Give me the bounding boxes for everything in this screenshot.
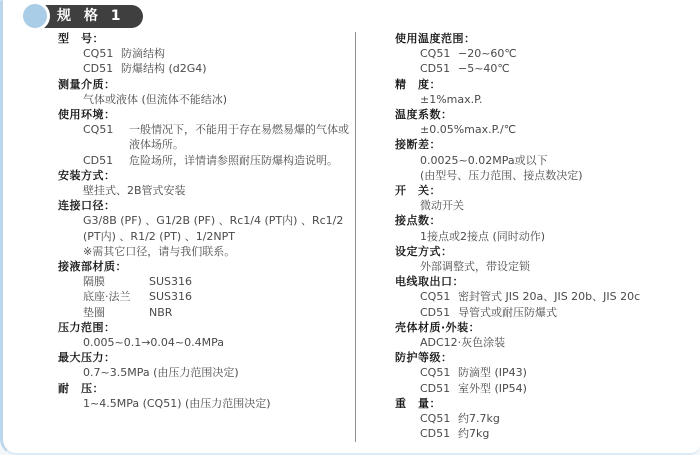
row-value: 危险场所，详情请参照耐压防爆构造说明。 [129, 153, 352, 168]
section-heading: 测量介质： [58, 77, 352, 92]
spec-section: 测量介质：气体或液体 (但流体不能结冰) [58, 77, 352, 107]
row-label: 垫圈 [83, 305, 149, 320]
section-heading: 壳体材质·外装： [395, 320, 689, 335]
section-heading: 电线取出口： [395, 274, 689, 289]
section-heading: 安装方式： [58, 168, 352, 183]
spec-row: CQ51防滴型 (IP43) [395, 365, 689, 380]
section-heading: 最大压力： [58, 350, 352, 365]
spec-section: 最大压力：0.7~3.5MPa (由压力范围决定) [58, 350, 352, 380]
row-value: 约7.7kg [458, 411, 689, 426]
row-value: SUS316 [149, 289, 352, 304]
spec-row: CD51−5~40℃ [395, 61, 689, 76]
spec-section: 连接口径：G3/8B (PF) 、G1/2B (PF) 、Rc1/4 (PT内)… [58, 198, 352, 259]
row-label: 隔膜 [83, 274, 149, 289]
spec-row: 1接点或2接点 (同时动作) [395, 229, 689, 244]
spec-section: 使用环境：CQ51一般情况下，不能用于存在易燃易爆的气体或液体场所。CD51危险… [58, 107, 352, 168]
section-heading: 接断差： [395, 137, 689, 152]
row-value: 防滴结构 [121, 46, 352, 61]
row-label: CQ51 [420, 411, 458, 426]
row-value: 导管式或耐压防爆式 [458, 305, 689, 320]
spec-row: 底座·法兰SUS316 [58, 289, 352, 304]
spec-row: G3/8B (PF) 、G1/2B (PF) 、Rc1/4 (PT内) 、Rc1… [58, 213, 352, 243]
spec-row: 壁挂式、2B管式安装 [58, 183, 352, 198]
row-label: CD51 [420, 381, 458, 396]
section-heading: 压力范围： [58, 320, 352, 335]
row-value: SUS316 [149, 274, 352, 289]
row-label: CQ51 [83, 46, 121, 61]
section-heading: 型 号： [58, 31, 352, 46]
spec-row: 隔膜SUS316 [58, 274, 352, 289]
row-value: −5~40℃ [458, 61, 689, 76]
row-label: 底座·法兰 [83, 289, 149, 304]
spec-row: ±0.05%max.P./℃ [395, 122, 689, 137]
spec-section: 设定方式：外部调整式，带设定锁 [395, 244, 689, 274]
spec-section: 温度系数：±0.05%max.P./℃ [395, 107, 689, 137]
spec-row: CQ51密封管式 JIS 20a、JIS 20b、JIS 20c [395, 289, 689, 304]
section-heading: 重 量： [395, 396, 689, 411]
spec-row: CQ51−20~60℃ [395, 46, 689, 61]
spec-row: 0.005~0.1→0.04~0.4MPa [58, 335, 352, 350]
spec-section: 接点数：1接点或2接点 (同时动作) [395, 213, 689, 243]
spec-row: 0.0025~0.02MPa或以下 [395, 153, 689, 168]
spec-row: 0.7~3.5MPa (由压力范围决定) [58, 365, 352, 380]
section-heading: 防护等级： [395, 350, 689, 365]
row-value: 约7kg [458, 426, 689, 441]
spec-row: (由型号、压力范围、接点数决定) [395, 168, 689, 183]
spec-section: 压力范围：0.005~0.1→0.04~0.4MPa [58, 320, 352, 350]
section-heading: 接液部材质： [58, 259, 352, 274]
spec-row: 气体或液体 (但流体不能结冰) [58, 92, 352, 107]
spec-section: 电线取出口：CQ51密封管式 JIS 20a、JIS 20b、JIS 20cCD… [395, 274, 689, 320]
spec-row: ADC12·灰色涂装 [395, 335, 689, 350]
left-column: 型 号：CQ51防滴结构CD51防爆结构 (d2G4)测量介质：气体或液体 (但… [58, 31, 352, 411]
row-value: 密封管式 JIS 20a、JIS 20b、JIS 20c [458, 289, 689, 304]
spec-row: 外部调整式，带设定锁 [395, 259, 689, 274]
row-value: 防滴型 (IP43) [458, 365, 689, 380]
spec-section: 型 号：CQ51防滴结构CD51防爆结构 (d2G4) [58, 31, 352, 77]
spec-page: 规 格 1 型 号：CQ51防滴结构CD51防爆结构 (d2G4)测量介质：气体… [0, 0, 700, 455]
section-heading: 使用环境： [58, 107, 352, 122]
right-column: 使用温度范围：CQ51−20~60℃CD51−5~40℃精 度：±1%max.P… [395, 31, 689, 441]
spec-section: 接断差：0.0025~0.02MPa或以下(由型号、压力范围、接点数决定) [395, 137, 689, 183]
row-label: CD51 [83, 153, 129, 168]
row-value: NBR [149, 305, 352, 320]
spec-row: 1~4.5MPa (CQ51) (由压力范围决定) [58, 396, 352, 411]
section-heading: 连接口径： [58, 198, 352, 213]
row-value: 室外型 (IP54) [458, 381, 689, 396]
spec-row: CD51危险场所，详情请参照耐压防爆构造说明。 [58, 153, 352, 168]
row-label: CD51 [420, 305, 458, 320]
section-heading: 温度系数： [395, 107, 689, 122]
section-heading: 接点数： [395, 213, 689, 228]
spec-row: ±1%max.P. [395, 92, 689, 107]
row-label: CQ51 [420, 46, 458, 61]
spec-row: CQ51防滴结构 [58, 46, 352, 61]
spec-section: 开 关：微动开关 [395, 183, 689, 213]
spec-row: CD51防爆结构 (d2G4) [58, 61, 352, 76]
section-heading: 使用温度范围： [395, 31, 689, 46]
row-value: −20~60℃ [458, 46, 689, 61]
spec-row: CD51约7kg [395, 426, 689, 441]
spec-section: 安装方式：壁挂式、2B管式安装 [58, 168, 352, 198]
spec-row: CD51室外型 (IP54) [395, 381, 689, 396]
section-heading: 开 关： [395, 183, 689, 198]
spec-section: 使用温度范围：CQ51−20~60℃CD51−5~40℃ [395, 31, 689, 77]
row-label: CQ51 [420, 365, 458, 380]
spec-row: CQ51一般情况下，不能用于存在易燃易爆的气体或液体场所。 [58, 122, 352, 152]
row-label: CD51 [83, 61, 121, 76]
spec-row: CD51导管式或耐压防爆式 [395, 305, 689, 320]
spec-row: 微动开关 [395, 198, 689, 213]
column-divider [355, 32, 356, 442]
spec-row: CQ51约7.7kg [395, 411, 689, 426]
section-heading: 耐 压： [58, 381, 352, 396]
spec-row: 垫圈NBR [58, 305, 352, 320]
header-dot-icon [20, 1, 50, 31]
section-heading: 设定方式： [395, 244, 689, 259]
row-value: 防爆结构 (d2G4) [121, 61, 352, 76]
page-header: 规 格 1 [20, 2, 143, 30]
spec-section: 防护等级：CQ51防滴型 (IP43)CD51室外型 (IP54) [395, 350, 689, 396]
spec-row: ※需其它口径，请与我们联系。 [58, 244, 352, 259]
row-label: CQ51 [83, 122, 129, 152]
spec-section: 耐 压：1~4.5MPa (CQ51) (由压力范围决定) [58, 381, 352, 411]
section-heading: 精 度： [395, 77, 689, 92]
spec-section: 接液部材质：隔膜SUS316底座·法兰SUS316垫圈NBR [58, 259, 352, 320]
row-label: CD51 [420, 61, 458, 76]
spec-section: 重 量：CQ51约7.7kgCD51约7kg [395, 396, 689, 442]
row-label: CD51 [420, 426, 458, 441]
row-value: 一般情况下，不能用于存在易燃易爆的气体或液体场所。 [129, 122, 352, 152]
spec-section: 精 度：±1%max.P. [395, 77, 689, 107]
row-label: CQ51 [420, 289, 458, 304]
spec-section: 壳体材质·外装：ADC12·灰色涂装 [395, 320, 689, 350]
